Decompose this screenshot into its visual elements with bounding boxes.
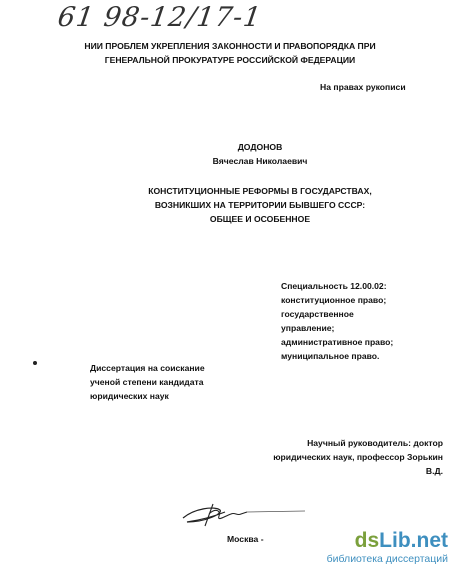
scan-speck bbox=[33, 361, 37, 365]
title-line: ВОЗНИКШИХ НА ТЕРРИТОРИИ БЫВШЕГО СССР: bbox=[140, 198, 380, 212]
title-line: ОБЩЕЕ И ОСОБЕННОЕ bbox=[140, 212, 380, 226]
advisor-block: Научный руководитель: доктор юридических… bbox=[258, 436, 443, 478]
author: ДОДОНОВ Вячеслав Николаевич bbox=[140, 140, 380, 168]
dissertation-degree-block: Диссертация на соискание ученой степени … bbox=[90, 361, 250, 403]
institute-name: НИИ ПРОБЛЕМ УКРЕПЛЕНИЯ ЗАКОННОСТИ И ПРАВ… bbox=[80, 39, 380, 67]
dslib-logo: dsLib.net bbox=[353, 530, 448, 552]
logo-ds: ds bbox=[355, 529, 380, 552]
degree-line: Диссертация на соискание bbox=[90, 361, 250, 375]
logo-lib: Lib.net bbox=[379, 529, 448, 552]
degree-line: ученой степени кандидата bbox=[90, 375, 250, 389]
specialty-line: конституционное право; bbox=[281, 293, 441, 307]
specialty-block: Специальность 12.00.02: конституционное … bbox=[281, 279, 441, 363]
dslib-watermark: dsLib.net библиотека диссертаций bbox=[353, 530, 448, 566]
dissertation-title: КОНСТИТУЦИОННЫЕ РЕФОРМЫ В ГОСУДАРСТВАХ, … bbox=[140, 184, 380, 226]
author-surname: ДОДОНОВ bbox=[140, 140, 380, 154]
signature-icon bbox=[175, 500, 315, 530]
advisor-line: юридических наук, профессор Зорькин В.Д. bbox=[258, 450, 443, 478]
handwritten-archive-code: 61 98-12/17-1 bbox=[56, 2, 264, 33]
rights-note: На правах рукописи bbox=[320, 80, 406, 94]
logo-subtitle: библиотека диссертаций bbox=[313, 552, 448, 566]
institute-line: ГЕНЕРАЛЬНОЙ ПРОКУРАТУРЕ РОССИЙСКОЙ ФЕДЕР… bbox=[80, 53, 380, 67]
specialty-line: управление; bbox=[281, 321, 441, 335]
specialty-line: государственное bbox=[281, 307, 441, 321]
city: Москва - bbox=[227, 532, 264, 546]
advisor-line: Научный руководитель: доктор bbox=[258, 436, 443, 450]
title-line: КОНСТИТУЦИОННЫЕ РЕФОРМЫ В ГОСУДАРСТВАХ, bbox=[140, 184, 380, 198]
author-name: Вячеслав Николаевич bbox=[140, 154, 380, 168]
specialty-line: муниципальное право. bbox=[281, 349, 441, 363]
specialty-line: Специальность 12.00.02: bbox=[281, 279, 441, 293]
specialty-line: административное право; bbox=[281, 335, 441, 349]
degree-line: юридических наук bbox=[90, 389, 250, 403]
institute-line: НИИ ПРОБЛЕМ УКРЕПЛЕНИЯ ЗАКОННОСТИ И ПРАВ… bbox=[80, 39, 380, 53]
